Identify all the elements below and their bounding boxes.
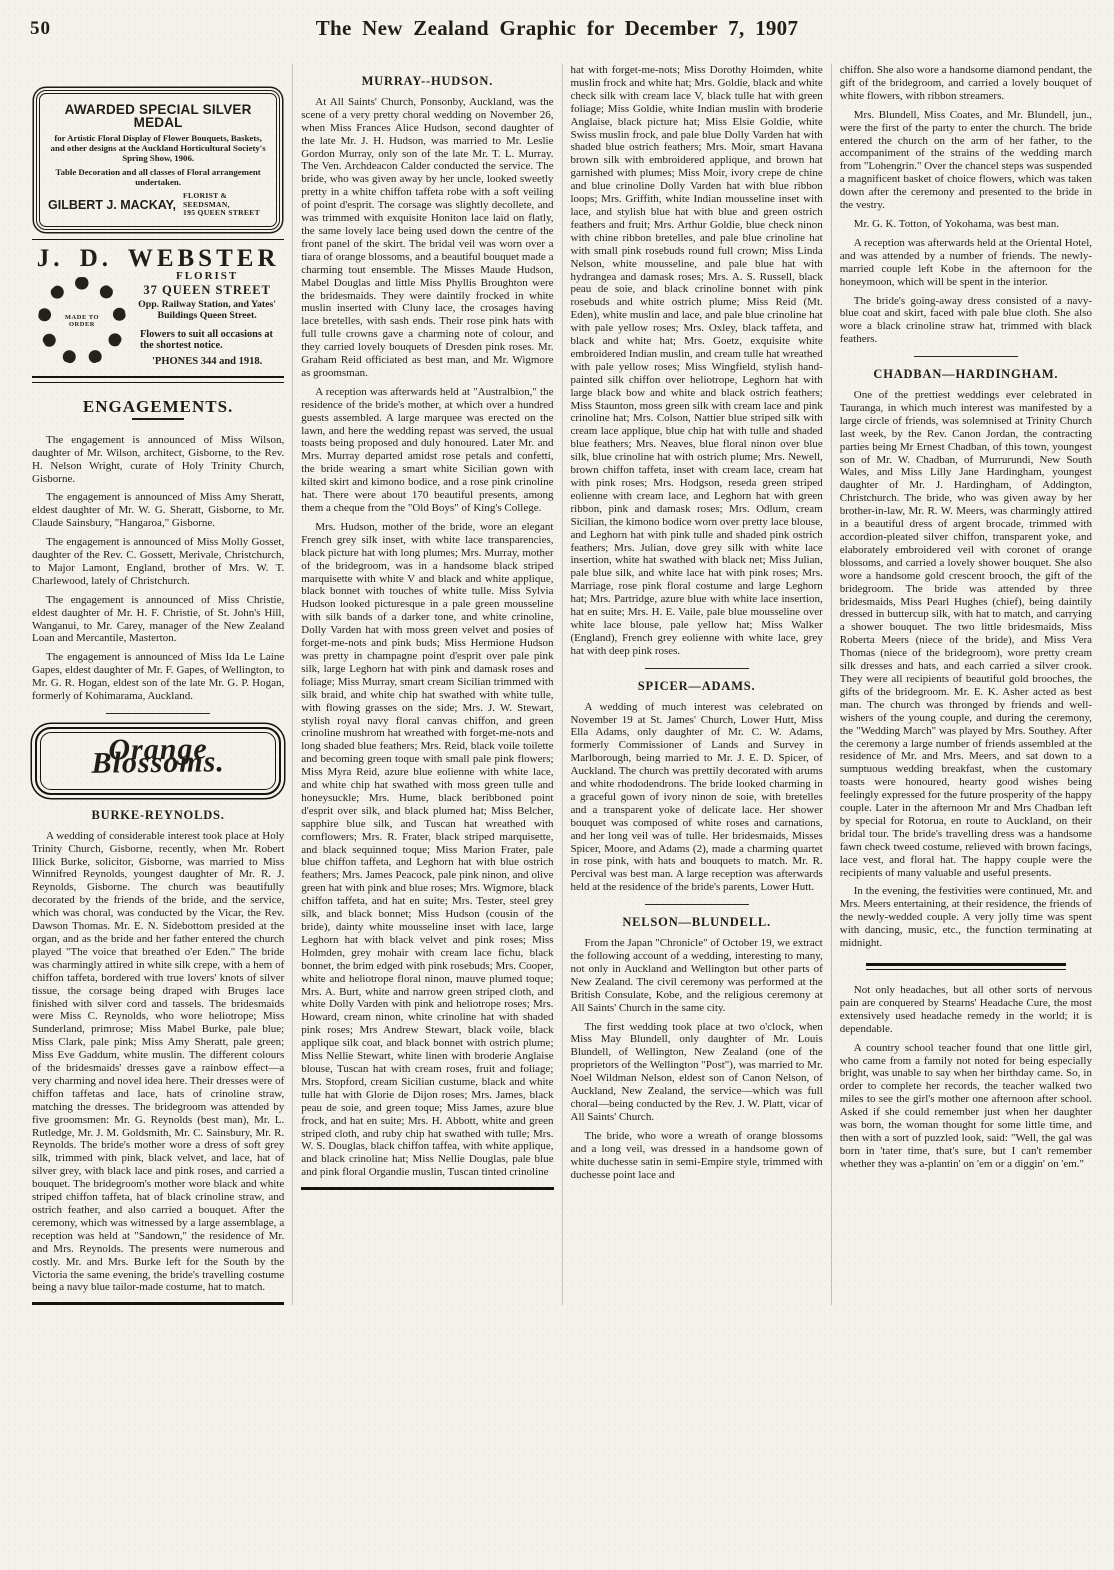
paragraph: In the evening, the festivities were con… xyxy=(840,885,1092,950)
column-4: chiffon. She also wore a handsome diamon… xyxy=(831,64,1100,1305)
article-heading: BURKE-REYNOLDS. xyxy=(32,809,284,822)
column-2-flow: MURRAY--HUDSON.At All Saints' Church, Po… xyxy=(301,75,553,1190)
paragraph: Mr. G. K. Totton, of Yokohama, was best … xyxy=(840,218,1092,231)
webster-advert-details: FLORIST 37 QUEEN STREET Opp. Railway Sta… xyxy=(130,270,284,369)
article-heading: CHADBAN—HARDINGHAM. xyxy=(840,368,1092,381)
column-bottom-rule xyxy=(301,1187,553,1190)
webster-address-detail: Opp. Railway Station, and Yates' Buildin… xyxy=(130,299,284,321)
column-1-flow: ENGAGEMENTS.The engagement is announced … xyxy=(32,401,284,1305)
paragraph-continuation: chiffon. She also wore a handsome diamon… xyxy=(840,64,1092,103)
paragraph: The bride, who wore a wreath of orange b… xyxy=(571,1130,823,1182)
paragraph-continuation: hat with forget-me-nots; Miss Dorothy Ho… xyxy=(571,64,823,658)
webster-advert-body: MADE TO ORDER FLORIST 37 QUEEN STREET Op… xyxy=(32,270,284,369)
paragraph: From the Japan "Chronicle" of October 19… xyxy=(571,937,823,1014)
mackay-advert-line2: Table Decoration and all classes of Flor… xyxy=(48,167,268,188)
section-divider xyxy=(645,904,749,905)
article-heading: NELSON—BLUNDELL. xyxy=(571,916,823,929)
section-heading: ENGAGEMENTS. xyxy=(32,401,284,414)
webster-phones: 'PHONES 344 and 1918. xyxy=(130,356,284,369)
thick-divider xyxy=(866,963,1066,970)
webster-role: FLORIST xyxy=(130,270,284,283)
paragraph: One of the prettiest weddings ever celeb… xyxy=(840,389,1092,879)
mackay-advert-title: AWARDED SPECIAL SILVER MEDAL xyxy=(48,104,268,130)
advert-separator-rule xyxy=(32,239,284,240)
paragraph: A reception was afterwards held at the O… xyxy=(840,237,1092,289)
page-header: 50 The New Zealand Graphic for December … xyxy=(0,0,1114,58)
orange-blossoms-title: Orange Blossoms. xyxy=(43,743,274,771)
mackay-advert-line1: for Artistic Floral Display of Flower Bo… xyxy=(48,133,268,164)
paragraph: Mrs. Blundell, Miss Coates, and Mr. Blun… xyxy=(840,109,1092,212)
masthead-title: The New Zealand Graphic for December 7, … xyxy=(0,16,1114,41)
column-1: AWARDED SPECIAL SILVER MEDAL for Artisti… xyxy=(24,64,292,1305)
article-heading: MURRAY--HUDSON. xyxy=(301,75,553,88)
section-divider xyxy=(914,356,1018,357)
heading-rule xyxy=(132,418,184,420)
paragraph: A reception was afterwards held at "Aust… xyxy=(301,386,553,515)
column-4-flow: chiffon. She also wore a handsome diamon… xyxy=(840,64,1092,1171)
mackay-advert: AWARDED SPECIAL SILVER MEDAL for Artisti… xyxy=(36,90,280,230)
column-3: hat with forget-me-nots; Miss Dorothy Ho… xyxy=(562,64,831,1305)
paragraph: The engagement is announced of Miss Wils… xyxy=(32,434,284,486)
orange-blossoms-banner: Orange Blossoms. xyxy=(35,727,281,795)
paragraph: The engagement is announced of Miss Amy … xyxy=(32,491,284,530)
mackay-advertiser-role: FLORIST & SEEDSMAN, xyxy=(183,191,230,209)
newspaper-page: 50 The New Zealand Graphic for December … xyxy=(0,0,1114,1570)
paragraph: A wedding of considerable interest took … xyxy=(32,830,284,1295)
webster-address: 37 QUEEN STREET xyxy=(130,284,284,297)
wreath-caption: MADE TO ORDER xyxy=(51,314,113,329)
webster-advertiser-name: J. D. WEBSTER xyxy=(32,253,284,266)
section-divider xyxy=(645,668,749,669)
page-number: 50 xyxy=(30,18,51,40)
paragraph: Not only headaches, but all other sorts … xyxy=(840,984,1092,1036)
mackay-advertiser-name: GILBERT J. MACKAY, xyxy=(48,199,176,212)
mackay-advert-footer: GILBERT J. MACKAY, FLORIST & SEEDSMAN, 1… xyxy=(48,192,268,218)
webster-tagline: Flowers to suit all occasions at the sho… xyxy=(130,329,284,352)
article-heading: SPICER—ADAMS. xyxy=(571,680,823,693)
advert-bottom-rule xyxy=(32,376,284,383)
flower-wreath-icon: MADE TO ORDER xyxy=(38,277,126,365)
column-bottom-rule xyxy=(32,1302,284,1305)
paragraph: A wedding of much interest was celebrate… xyxy=(571,701,823,895)
paragraph: The engagement is announced of Miss Ida … xyxy=(32,651,284,703)
section-divider xyxy=(106,713,210,714)
column-layout: AWARDED SPECIAL SILVER MEDAL for Artisti… xyxy=(0,58,1114,1305)
mackay-advertiser-address: 195 QUEEN STREET xyxy=(183,208,260,217)
column-3-flow: hat with forget-me-nots; Miss Dorothy Ho… xyxy=(571,64,823,1181)
column-2: MURRAY--HUDSON.At All Saints' Church, Po… xyxy=(292,64,561,1305)
mackay-advertiser-details: FLORIST & SEEDSMAN, 195 QUEEN STREET xyxy=(183,192,268,218)
paragraph: At All Saints' Church, Ponsonby, Aucklan… xyxy=(301,96,553,380)
paragraph: The first wedding took place at two o'cl… xyxy=(571,1021,823,1124)
paragraph: The engagement is announced of Miss Chri… xyxy=(32,594,284,646)
paragraph: Mrs. Hudson, mother of the bride, wore a… xyxy=(301,521,553,1179)
webster-advert: J. D. WEBSTER MADE TO ORDER FLORIST 37 Q… xyxy=(32,243,284,371)
paragraph: The bride's going-away dress consisted o… xyxy=(840,295,1092,347)
paragraph: The engagement is announced of Miss Moll… xyxy=(32,536,284,588)
paragraph: A country school teacher found that one … xyxy=(840,1042,1092,1171)
